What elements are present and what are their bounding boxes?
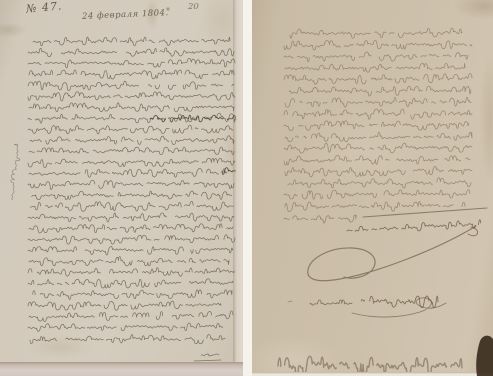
corner-dark-object: [0, 0, 493, 376]
manuscript-photo: № 47. 24 февраля 1804. 20: [0, 0, 493, 376]
